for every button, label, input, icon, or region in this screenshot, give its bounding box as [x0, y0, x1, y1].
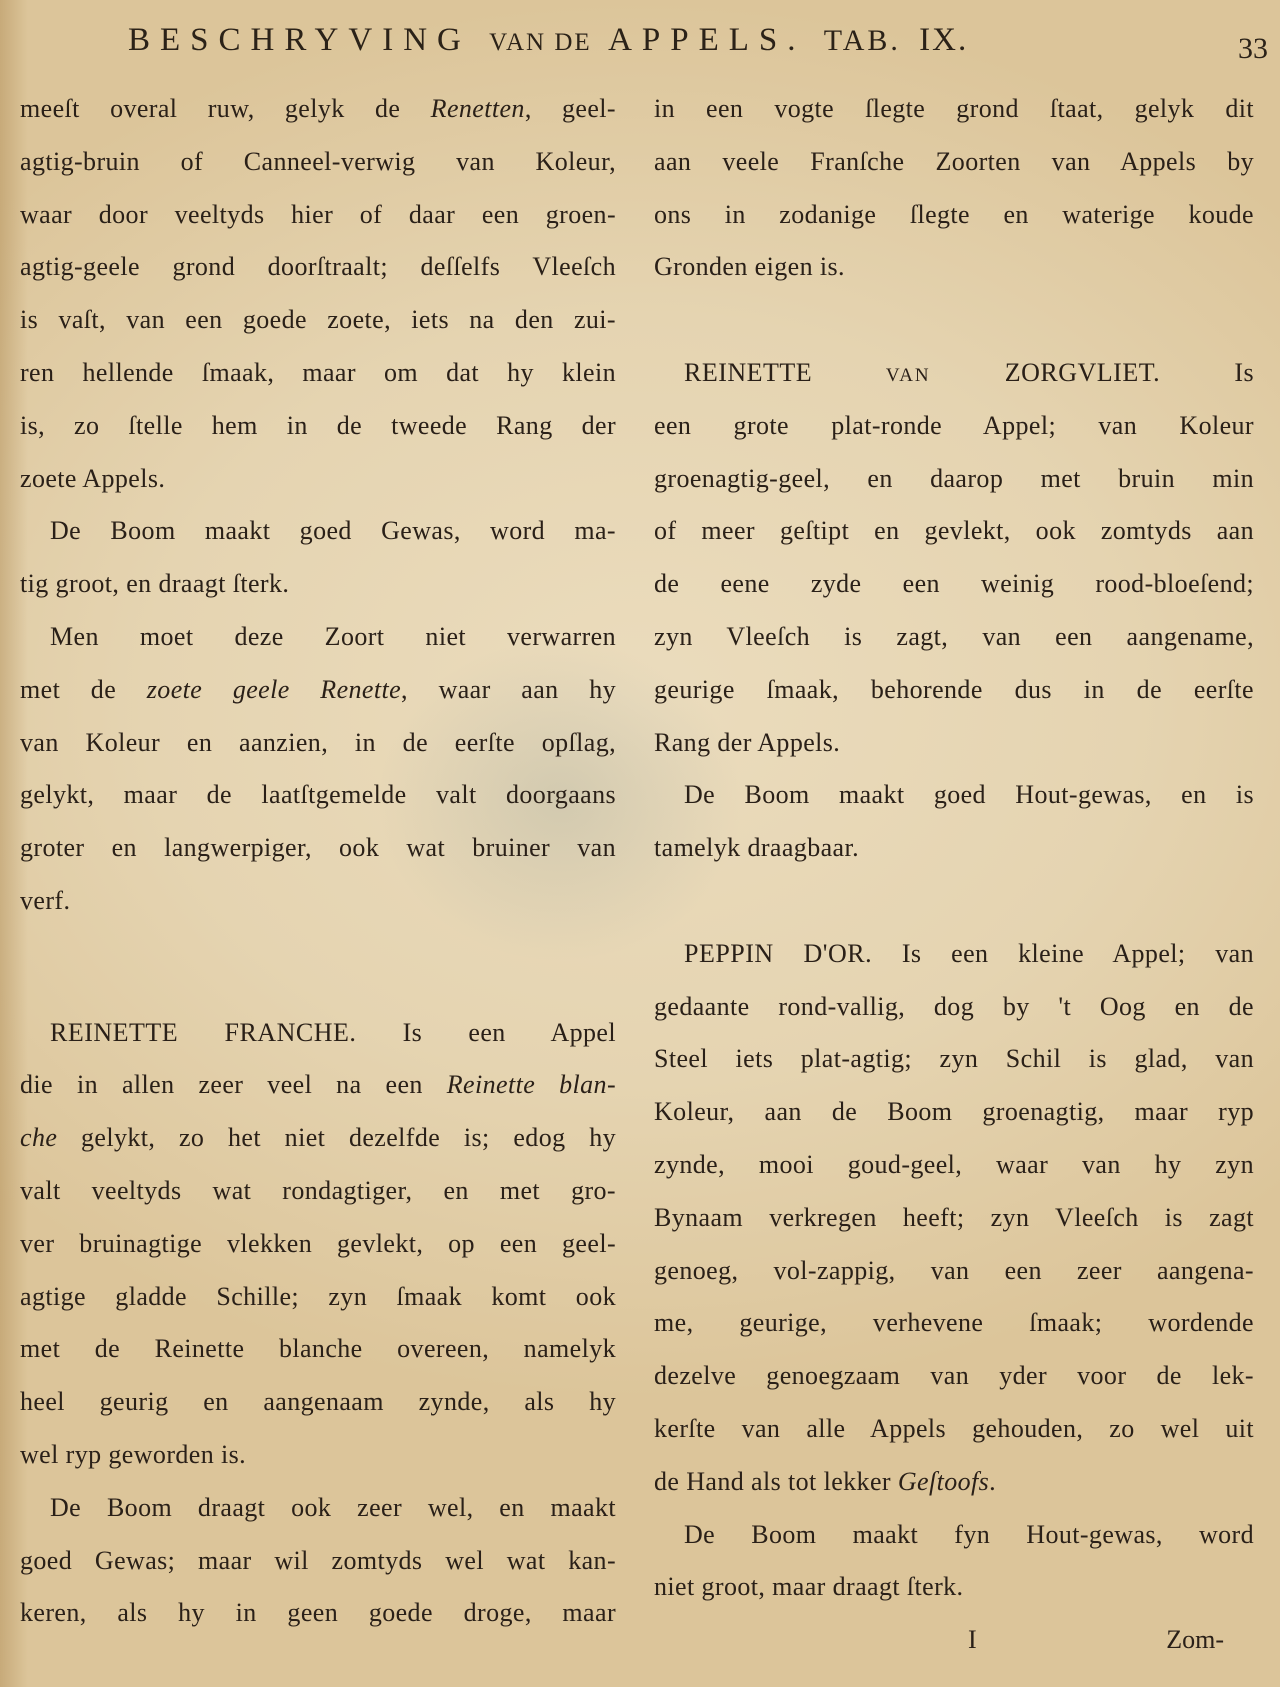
text-line: Steel iets plat-agtig; zyn Schil is glad… [654, 1033, 1254, 1086]
paragraph-start: De Boom maakt goed Gewas, word ma- [20, 505, 616, 558]
text-line: tamelyk draagbaar. [654, 822, 1254, 875]
text-line: de Hand als tot lekker Geſtoofs. [654, 1456, 1254, 1509]
page-number: 33 [1238, 32, 1268, 66]
text-line: ons in zodanige ſlegte en waterige koude [654, 189, 1254, 242]
section-gap [20, 981, 616, 1007]
text-line: die in allen zeer veel na een Reinette b… [20, 1059, 616, 1112]
text-line: een grote plat-ronde Appel; van Koleur [654, 400, 1254, 453]
text-line: che gelykt, zo het niet dezelfde is; edo… [20, 1112, 616, 1165]
section-heading-reinette-franche: REINETTE FRANCHE. Is een Appel [20, 1007, 616, 1060]
left-column: meeſt overal ruw, gelyk de Renetten, gee… [20, 83, 616, 1640]
text-line: of meer geſtipt en gevlekt, ook zomtyds … [654, 505, 1254, 558]
text-line: zoete Appels. [20, 453, 616, 506]
text-line: Gronden eigen is. [654, 241, 1254, 294]
paragraph-start: De Boom maakt fyn Hout-gewas, word [654, 1509, 1254, 1562]
text-line: goed Gewas; maar wil zomtyds wel wat kan… [20, 1535, 616, 1588]
text-line: gedaante rond-vallig, dog by 't Oog en d… [654, 981, 1254, 1034]
text-line: agtig-geele grond doorſtraalt; deſſelfs … [20, 241, 616, 294]
text-line: waar door veeltyds hier of daar een groe… [20, 189, 616, 242]
text-line: meeſt overal ruw, gelyk de Renetten, gee… [20, 83, 616, 136]
paragraph-start: De Boom maakt goed Hout-gewas, en is [654, 769, 1254, 822]
signature-mark: I [968, 1614, 977, 1667]
section-heading-reinette-van-zorgvliet: REINETTE VAN ZORGVLIET. Is [654, 347, 1254, 400]
text-line: niet groot, maar draagt ſterk. [654, 1561, 1254, 1614]
running-head-tab: TAB. [824, 24, 901, 57]
text-line: groenagtig-geel, en daarop met bruin min [654, 453, 1254, 506]
text-line: Rang der Appels. [654, 717, 1254, 770]
text-line: verf. [20, 875, 616, 928]
right-column: in een vogte ſlegte grond ſtaat, gelyk d… [654, 83, 1254, 1667]
text-line: wel ryp geworden is. [20, 1429, 616, 1482]
text-line: genoeg, vol-zappig, van een zeer aangena… [654, 1245, 1254, 1298]
section-gap [654, 294, 1254, 347]
text-line: Bynaam verkregen heeft; zyn Vleeſch is z… [654, 1192, 1254, 1245]
running-head-plate-number: IX. [919, 22, 968, 58]
paragraph-start: Men moet deze Zoort niet verwarren [20, 611, 616, 664]
text-line: van Koleur en aanzien, in de eerſte opſl… [20, 717, 616, 770]
running-head: BESCHRYVING VAN DE APPELS. TAB. IX. [128, 22, 968, 59]
text-line: dezelve genoegzaam van yder voor de lek- [654, 1350, 1254, 1403]
section-gap [654, 875, 1254, 928]
text-line: ren hellende ſmaak, maar om dat hy klein [20, 347, 616, 400]
text-line: is vaſt, van een goede zoete, iets na de… [20, 294, 616, 347]
text-line: aan veele Franſche Zoorten van Appels by [654, 136, 1254, 189]
text-line: agtig-bruin of Canneel-verwig van Koleur… [20, 136, 616, 189]
text-line: ver bruinagtige vlekken gevlekt, op een … [20, 1218, 616, 1271]
text-line: me, geurige, verhevene ſmaak; wordende [654, 1297, 1254, 1350]
section-heading-peppin-dor: PEPPIN D'OR. Is een kleine Appel; van [654, 928, 1254, 981]
text-line: met de Reinette blanche overeen, namelyk [20, 1323, 616, 1376]
text-line: zynde, mooi goud-geel, waar van hy zyn [654, 1139, 1254, 1192]
text-line: heel geurig en aangenaam zynde, als hy [20, 1376, 616, 1429]
text-line: is, zo ſtelle hem in de tweede Rang der [20, 400, 616, 453]
text-line: met de zoete geele Renette, waar aan hy [20, 664, 616, 717]
text-line: kerſte van alle Appels gehouden, zo wel … [654, 1403, 1254, 1456]
text-line: gelykt, maar de laatſtgemelde valt doorg… [20, 769, 616, 822]
text-line: zyn Vleeſch is zagt, van een aangename, [654, 611, 1254, 664]
text-line: geurige ſmaak, behorende dus in de eerſt… [654, 664, 1254, 717]
paragraph-start: De Boom draagt ook zeer wel, en maakt [20, 1482, 616, 1535]
section-gap [20, 928, 616, 981]
text-line: Koleur, aan de Boom groenagtig, maar ryp [654, 1086, 1254, 1139]
text-line: valt veeltyds wat rondagtiger, en met gr… [20, 1165, 616, 1218]
text-line: de eene zyde een weinig rood-bloeſend; [654, 558, 1254, 611]
footer-line: I Zom- [654, 1614, 1254, 1667]
text-line: groter en langwerpiger, ook wat bruiner … [20, 822, 616, 875]
running-head-appels: APPELS. [608, 22, 805, 58]
book-page: BESCHRYVING VAN DE APPELS. TAB. IX. 33 m… [0, 0, 1280, 1687]
text-line: agtige gladde Schille; zyn ſmaak komt oo… [20, 1271, 616, 1324]
running-head-van-de: VAN DE [489, 29, 592, 56]
catchword: Zom- [1166, 1614, 1224, 1667]
text-line: keren, als hy in geen goede droge, maar [20, 1587, 616, 1640]
text-line: in een vogte ſlegte grond ſtaat, gelyk d… [654, 83, 1254, 136]
running-head-beschryving: BESCHRYVING [128, 22, 471, 58]
text-line: tig groot, en draagt ſterk. [20, 558, 616, 611]
